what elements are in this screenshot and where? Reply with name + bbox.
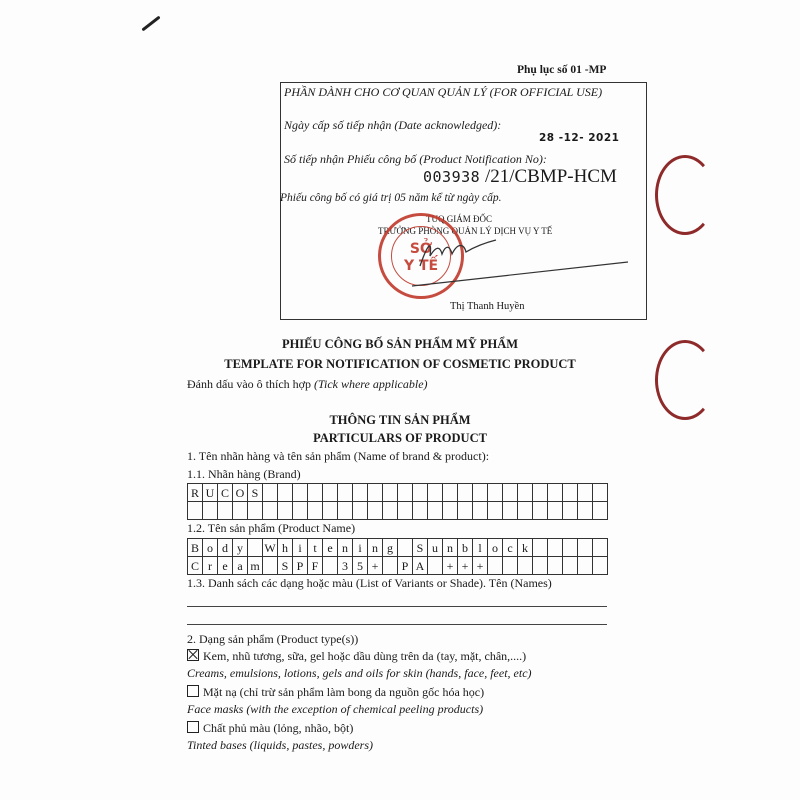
product-name-cell[interactable] [383, 557, 398, 575]
product-name-cell[interactable]: r [203, 557, 218, 575]
brand-cell[interactable] [203, 502, 218, 520]
product-name-cell[interactable]: d [218, 539, 233, 557]
product-type-option: Chất phủ màu (lỏng, nhão, bột) [187, 721, 353, 736]
notification-number-label: Số tiếp nhận Phiếu công bố (Product Noti… [284, 152, 547, 167]
product-name-cell[interactable]: g [383, 539, 398, 557]
product-type-checkbox[interactable] [187, 685, 199, 697]
brand-cell[interactable] [188, 502, 203, 520]
product-type-label-vi: Mặt nạ (chỉ trừ sản phẩm làm bong da ngu… [203, 685, 484, 699]
q2-label: 2. Dạng sản phẩm (Product type(s)) [187, 632, 358, 647]
product-name-cell[interactable]: l [473, 539, 488, 557]
brand-cell[interactable] [488, 484, 503, 502]
brand-cell[interactable] [323, 502, 338, 520]
brand-grid: RUCOS [187, 483, 608, 520]
product-name-cell[interactable]: P [398, 557, 413, 575]
product-name-cell[interactable]: n [443, 539, 458, 557]
notification-number: 003938 /21/CBMP-HCM [423, 166, 617, 188]
product-name-cell[interactable] [323, 557, 338, 575]
product-name-cell[interactable]: u [428, 539, 443, 557]
product-name-cell[interactable]: i [353, 539, 368, 557]
product-name-cell[interactable]: + [368, 557, 383, 575]
notification-number-suffix: /21/CBMP-HCM [485, 166, 617, 187]
brand-cell[interactable]: C [218, 484, 233, 502]
product-name-cell[interactable] [488, 557, 503, 575]
variants-line-1[interactable] [187, 606, 607, 607]
brand-cell[interactable] [443, 502, 458, 520]
brand-cell[interactable] [368, 484, 383, 502]
product-name-cell[interactable] [593, 557, 608, 575]
product-name-cell[interactable]: B [188, 539, 203, 557]
product-name-cell[interactable]: i [293, 539, 308, 557]
brand-cell[interactable] [398, 484, 413, 502]
brand-cell[interactable] [548, 484, 563, 502]
brand-cell[interactable] [233, 502, 248, 520]
product-name-cell[interactable]: b [458, 539, 473, 557]
brand-cell[interactable] [398, 502, 413, 520]
brand-cell[interactable] [338, 484, 353, 502]
brand-cell[interactable] [578, 502, 593, 520]
product-name-cell[interactable]: a [233, 557, 248, 575]
product-name-cell[interactable]: 5 [353, 557, 368, 575]
product-name-cell[interactable] [533, 539, 548, 557]
product-name-grid: BodyWhiteningSunblockCreamSPF35+PA+++ [187, 538, 608, 575]
product-type-option: Kem, nhũ tương, sữa, gel hoặc dầu dùng t… [187, 649, 526, 664]
q1-label: 1. Tên nhãn hàng và tên sản phẩm (Name o… [187, 449, 489, 464]
brand-cell[interactable] [353, 502, 368, 520]
product-type-label-en: Creams, emulsions, lotions, gels and oil… [187, 666, 532, 681]
brand-cell[interactable] [578, 484, 593, 502]
product-name-cell[interactable]: + [473, 557, 488, 575]
brand-cell[interactable] [263, 484, 278, 502]
product-name-cell[interactable] [578, 557, 593, 575]
brand-cell[interactable] [548, 502, 563, 520]
date-acknowledged-label: Ngày cấp số tiếp nhận (Date acknowledged… [284, 118, 501, 133]
product-name-cell[interactable] [563, 539, 578, 557]
brand-cell[interactable] [308, 484, 323, 502]
product-name-cell[interactable] [533, 557, 548, 575]
product-name-cell[interactable]: P [293, 557, 308, 575]
product-name-cell[interactable] [593, 539, 608, 557]
product-name-cell[interactable]: m [248, 557, 263, 575]
brand-cell[interactable] [278, 502, 293, 520]
brand-cell[interactable]: U [203, 484, 218, 502]
product-type-label-vi: Chất phủ màu (lỏng, nhão, bột) [203, 721, 353, 735]
product-name-cell[interactable] [428, 557, 443, 575]
product-name-cell[interactable]: o [203, 539, 218, 557]
brand-cell[interactable] [263, 502, 278, 520]
brand-cell[interactable] [383, 484, 398, 502]
q1-2-label: 1.2. Tên sản phẩm (Product Name) [187, 521, 355, 536]
brand-cell[interactable] [413, 502, 428, 520]
product-name-cell[interactable]: + [443, 557, 458, 575]
product-name-cell[interactable]: F [308, 557, 323, 575]
brand-cell[interactable] [473, 502, 488, 520]
brand-cell[interactable] [458, 502, 473, 520]
product-name-cell[interactable]: e [218, 557, 233, 575]
section-title-en: PARTICULARS OF PRODUCT [0, 431, 800, 446]
product-name-cell[interactable] [398, 539, 413, 557]
brand-cell[interactable] [383, 502, 398, 520]
brand-cell[interactable] [533, 502, 548, 520]
section-title-vi: THÔNG TIN SẢN PHẨM [0, 413, 800, 428]
notification-number-digits: 003938 [423, 168, 480, 186]
brand-cell[interactable] [443, 484, 458, 502]
brand-cell[interactable] [428, 502, 443, 520]
brand-cell[interactable] [518, 502, 533, 520]
product-name-cell[interactable]: + [458, 557, 473, 575]
product-name-cell[interactable]: o [488, 539, 503, 557]
brand-cell[interactable]: R [188, 484, 203, 502]
appendix-label: Phụ lục số 01 -MP [517, 64, 606, 76]
brand-cell[interactable] [338, 502, 353, 520]
product-name-cell[interactable]: C [188, 557, 203, 575]
product-name-cell[interactable]: k [518, 539, 533, 557]
product-name-cell[interactable] [518, 557, 533, 575]
brand-cell[interactable] [413, 484, 428, 502]
validity-note: Phiếu công bố có giá trị 05 năm kể từ ng… [280, 192, 502, 204]
brand-cell[interactable]: O [233, 484, 248, 502]
product-name-cell[interactable] [578, 539, 593, 557]
product-name-cell[interactable]: S [413, 539, 428, 557]
tick-note: Đánh dấu vào ô thích hợp (Tick where app… [187, 377, 428, 392]
brand-cell[interactable] [368, 502, 383, 520]
form-title-vi: PHIẾU CÔNG BỐ SẢN PHẨM MỸ PHẨM [0, 337, 800, 352]
brand-cell[interactable] [428, 484, 443, 502]
product-name-cell[interactable] [548, 557, 563, 575]
brand-cell[interactable] [218, 502, 233, 520]
product-name-cell[interactable] [248, 539, 263, 557]
brand-cell[interactable] [353, 484, 368, 502]
brand-cell[interactable] [533, 484, 548, 502]
brand-cell[interactable] [473, 484, 488, 502]
product-type-label-vi: Kem, nhũ tương, sữa, gel hoặc dầu dùng t… [203, 649, 526, 663]
product-name-cell[interactable] [563, 557, 578, 575]
product-type-option: Mặt nạ (chỉ trừ sản phẩm làm bong da ngu… [187, 685, 484, 700]
product-name-cell[interactable]: y [233, 539, 248, 557]
product-name-cell[interactable] [263, 557, 278, 575]
product-type-label-en: Tinted bases (liquids, pastes, powders) [187, 738, 373, 753]
brand-cell[interactable] [503, 502, 518, 520]
product-type-checkbox[interactable] [187, 649, 199, 661]
variants-line-2[interactable] [187, 624, 607, 625]
brand-cell[interactable] [293, 502, 308, 520]
brand-cell[interactable] [518, 484, 533, 502]
brand-cell[interactable] [278, 484, 293, 502]
brand-cell[interactable] [308, 502, 323, 520]
signature-stroke [410, 250, 630, 290]
scanned-document-page: Phụ lục số 01 -MP PHẦN DÀNH CHO CƠ QUAN … [0, 0, 800, 800]
product-name-cell[interactable]: W [263, 539, 278, 557]
edge-stamp-bottom [655, 340, 715, 420]
pen-mark [141, 16, 160, 32]
product-type-checkbox[interactable] [187, 721, 199, 733]
brand-cell[interactable] [593, 502, 608, 520]
brand-cell[interactable] [563, 502, 578, 520]
brand-cell[interactable]: S [248, 484, 263, 502]
official-use-heading: PHẦN DÀNH CHO CƠ QUAN QUẢN LÝ (FOR OFFIC… [284, 85, 602, 100]
q1-1-label: 1.1. Nhãn hàng (Brand) [187, 467, 301, 482]
product-name-cell[interactable] [548, 539, 563, 557]
product-name-cell[interactable]: S [278, 557, 293, 575]
brand-cell[interactable] [503, 484, 518, 502]
q1-3-label: 1.3. Danh sách các dạng hoặc màu (List o… [187, 576, 552, 591]
brand-cell[interactable] [488, 502, 503, 520]
product-name-cell[interactable]: h [278, 539, 293, 557]
product-name-cell[interactable]: n [338, 539, 353, 557]
brand-cell[interactable] [248, 502, 263, 520]
brand-cell[interactable] [293, 484, 308, 502]
brand-cell[interactable] [563, 484, 578, 502]
brand-cell[interactable] [458, 484, 473, 502]
signatory-name: Thị Thanh Huyền [450, 301, 524, 312]
product-name-cell[interactable]: 3 [338, 557, 353, 575]
product-name-cell[interactable]: t [308, 539, 323, 557]
product-name-cell[interactable]: c [503, 539, 518, 557]
form-title-en: TEMPLATE FOR NOTIFICATION OF COSMETIC PR… [0, 357, 800, 372]
brand-cell[interactable] [323, 484, 338, 502]
product-name-cell[interactable]: n [368, 539, 383, 557]
product-type-label-en: Face masks (with the exception of chemic… [187, 702, 483, 717]
product-name-cell[interactable] [503, 557, 518, 575]
product-name-cell[interactable]: e [323, 539, 338, 557]
brand-cell[interactable] [593, 484, 608, 502]
date-acknowledged-value: 28 -12- 2021 [539, 132, 619, 144]
edge-stamp-top [655, 155, 715, 235]
product-name-cell[interactable]: A [413, 557, 428, 575]
